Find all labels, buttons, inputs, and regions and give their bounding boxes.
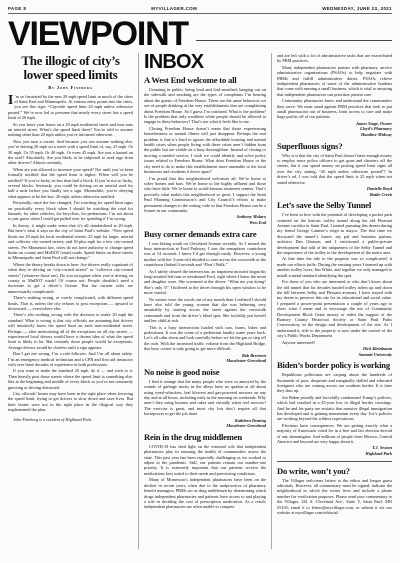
article-paragraph: So you leave your home on a 20 mph resid… xyxy=(8,122,133,138)
letter-heading: Rein in the drug middlemen xyxy=(144,433,266,442)
letter-paragraph: No sooner were the words out of my mouth… xyxy=(144,297,266,324)
content-columns: The illogic of city’s lower speed limits… xyxy=(8,53,392,549)
letter-paragraph-continued: and are left with a lot of administrativ… xyxy=(277,53,392,64)
letter-heading: No noise is good noise xyxy=(144,368,266,377)
letters-policy-box: Do write, won’t you? The Villager welcom… xyxy=(277,461,392,516)
article-headline: The illogic of city’s lower speed limits xyxy=(8,54,133,82)
article-paragraph: Don’t get me wrong, I’m a rule-follower.… xyxy=(8,351,133,367)
letter-paragraph: Community pharmacies know and understand… xyxy=(277,98,392,120)
letter-heading: Busy corner demands extra care xyxy=(144,230,266,239)
letter-signature: James Stage, Owner Lloyd’s Pharmacy Haml… xyxy=(277,121,392,138)
letter-paragraph: Anyone interested? xyxy=(277,340,392,345)
signature-neighborhood: Macalester-Groveland xyxy=(144,358,266,364)
masthead-rule xyxy=(196,40,392,41)
letter-heading: Let’s save the Selby Tunnel xyxy=(277,201,392,210)
letter-paragraph: I was biking south on Cleveland Avenue r… xyxy=(144,241,266,268)
article-column: The illogic of city’s lower speed limits… xyxy=(8,53,138,549)
letter-paragraph: I find it strange that the many people w… xyxy=(144,379,266,417)
article-paragraph: There’s also nothing wrong with the deci… xyxy=(8,312,133,350)
page-header: PAGE 8 MYVILLAGER.COM WEDNESDAY, JUNE 23… xyxy=(8,6,392,14)
inbox-column-1: INBOX A West End welcome to all Urinatin… xyxy=(138,53,271,549)
letter-paragraph: I’m proud that this neighborhood welcome… xyxy=(144,176,266,214)
letter-paragraph: This is a busy intersection loaded with … xyxy=(144,325,266,352)
article-paragraph: In theory, it might make sense that it’s… xyxy=(8,223,133,261)
letter-paragraph: At that time the title to the property w… xyxy=(277,256,392,278)
article-paragraph: There’s nothing wrong, or overly complic… xyxy=(8,295,133,311)
letter-paragraph: I’ve been in love with the potential of … xyxy=(277,212,392,255)
letter-paragraph: Elections have consequences. We are gett… xyxy=(277,423,392,445)
article-paragraph: If you want to make the standard 20 mph,… xyxy=(8,368,133,390)
site-url: MYVILLAGER.COM xyxy=(151,6,197,11)
letter-heading: A West End welcome to all xyxy=(144,76,266,85)
letter-signature: Kathleen Deming Macalester-Groveland xyxy=(144,418,266,429)
signature-neighborhood: Macalester-Groveland xyxy=(144,423,266,429)
article-byline: By John Fineberg xyxy=(8,85,133,90)
letter-heading: Superfluous signs? xyxy=(277,142,392,151)
letter-paragraph: Joe Biden proudly and forcefully condemn… xyxy=(277,395,392,422)
issue-date: WEDNESDAY, JUNE 23, 2021 xyxy=(322,6,392,11)
section-title: VIEWPOINT xyxy=(8,17,188,51)
section-masthead: VIEWPOINT xyxy=(8,17,392,51)
signature-neighborhood: Battle Creek xyxy=(277,192,392,198)
letter-paragraph: Closing Freedom House doesn’t mean that … xyxy=(144,126,266,175)
inbox-title: INBOX xyxy=(144,53,266,72)
letter-signature: Anthony Molaro West End xyxy=(144,214,266,225)
page-number: PAGE 8 xyxy=(8,6,26,11)
signature-neighborhood: West End xyxy=(144,220,266,226)
letters-policy-text: The Villager welcomes letters to the edi… xyxy=(277,478,392,516)
letter-paragraph: COVID-19 has shed light on the essential… xyxy=(144,444,266,476)
letter-paragraph: Many of Minnesota’s independent pharmaci… xyxy=(144,477,266,509)
letters-policy-heading: Do write, won’t you? xyxy=(277,467,392,476)
letter-heading: Biden’s border policy is working xyxy=(277,361,392,370)
article-paragraph: Personally, since the law changed, I’m w… xyxy=(8,200,133,222)
inbox-column-2: and are left with a lot of administrativ… xyxy=(271,53,392,549)
letter-paragraph: For those of you who are interested or w… xyxy=(277,279,392,338)
letter-signature: Bob Brereton Macalester-Groveland xyxy=(144,353,266,364)
article-paragraph: I’m so frustrated by the new 20 mph spee… xyxy=(8,94,133,121)
article-paragraph-text: ’m so frustrated by the new 20 mph speed… xyxy=(8,94,133,121)
letter-paragraph: Republican politicians are carping about… xyxy=(277,372,392,394)
letter-paragraph: As I safely cleared the intersection, an… xyxy=(144,269,266,296)
article-author-note: John Fineberg is a resident of Highland … xyxy=(8,417,133,422)
letter-signature: Dick Kleinbaum Summit-University xyxy=(277,346,392,357)
newspaper-page: PAGE 8 MYVILLAGER.COM WEDNESDAY, JUNE 23… xyxy=(0,0,400,563)
article-paragraph: Where the theory breaks down is here: Ar… xyxy=(8,262,133,294)
letter-signature: T.J. Sexton Highland Park xyxy=(277,445,392,456)
article-paragraph: Now you turn a corner. And because you c… xyxy=(8,139,133,166)
letter-paragraph: Many independent pharmacies partner with… xyxy=(277,65,392,97)
signature-neighborhood: Summit-University xyxy=(277,352,392,358)
letter-paragraph: Urinating in public, being loud and foul… xyxy=(144,87,266,125)
letter-signature: Danielle Boyd Battle Creek xyxy=(277,186,392,197)
signature-neighborhood: Highland Park xyxy=(277,451,392,457)
article-paragraph: City officials’ hearts may have been in … xyxy=(8,391,133,413)
letter-paragraph: Why is it that the city of Saint Paul do… xyxy=(277,153,392,185)
signature-neighborhood: Hamline-Midway xyxy=(277,132,392,138)
article-paragraph: When are you allowed to increase your sp… xyxy=(8,167,133,199)
